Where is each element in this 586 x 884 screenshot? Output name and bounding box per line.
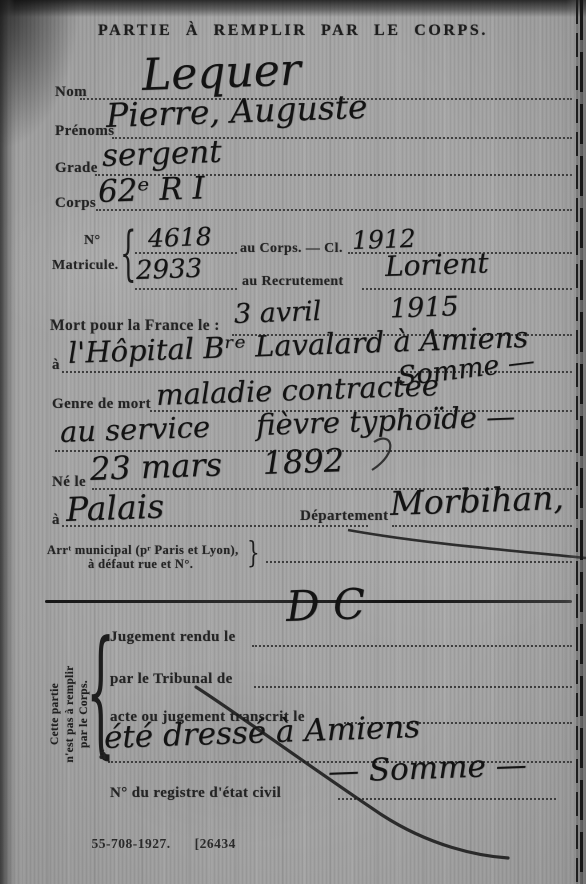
matricule-recrutement-rule (135, 288, 237, 290)
mort-lieu-label: à (52, 357, 60, 374)
side-note-line2: n'est pas à remplir (63, 628, 78, 800)
corps-rule (96, 209, 572, 211)
corps-label: Corps (55, 195, 96, 212)
date-flourish-stroke (372, 439, 390, 470)
form-title: PARTIE À REMPLIR PAR LE CORPS. (0, 22, 586, 40)
au-recrutement-label: au Recrutement (242, 274, 344, 290)
page-edge-line-inner (580, 0, 583, 884)
departement-rule (392, 525, 572, 527)
matricule-label-top: N° (84, 233, 101, 249)
side-note-line1: Cette partie (48, 628, 63, 800)
departement-value: Morbihan, (389, 478, 564, 523)
jugement-rule (252, 645, 572, 647)
prenoms-value: Pierre, Auguste (105, 87, 368, 135)
arrondissement-rule (266, 561, 572, 563)
grade-value: sergent (101, 134, 222, 174)
jugement-value: D C (285, 579, 366, 631)
military-death-record-scan: PARTIE À REMPLIR PAR LE CORPS. Nom Leque… (0, 0, 586, 884)
recrutement-place-value: Lorient (384, 246, 489, 283)
au-corps-label: au Corps. — Cl. (240, 241, 343, 257)
page-edge-line-outer (576, 0, 578, 884)
ne-lieu-label: à (52, 512, 60, 529)
arrondissement-label2: à défaut rue et N°. (88, 557, 193, 572)
registre-value: — Somme — (327, 747, 527, 790)
genre-mort-label: Genre de mort (52, 396, 151, 413)
scan-edge-right (566, 0, 586, 884)
matricule-recrutement-number: 2933 (135, 254, 202, 286)
footer-imprint: 55-708-1927.[26434 (76, 820, 236, 868)
recrutement-place-rule (362, 288, 572, 290)
departement-label: Département (300, 508, 389, 525)
registre-rule (338, 798, 556, 800)
ne-lieu-value: Palais (65, 487, 164, 529)
grade-label: Grade (55, 160, 98, 177)
morbihan-flourish-stroke (348, 530, 586, 558)
registre-label: N° du registre d'état civil (110, 785, 281, 802)
imprint-number: 55-708-1927. (92, 836, 171, 851)
arrondissement-label1: Arrᵗ municipal (pʳ Paris et Lyon), (47, 543, 239, 558)
scan-edge-top (0, 0, 586, 17)
arrondissement-brace: } (247, 537, 260, 567)
jugement-label: Jugement rendu le (110, 629, 236, 646)
matricule-label-bottom: Matricule. (52, 258, 119, 274)
tribunal-rule (254, 686, 572, 688)
tribunal-label: par le Tribunal de (110, 671, 233, 688)
matricule-brace: { (120, 226, 137, 285)
matricule-corps-number: 4618 (147, 222, 212, 253)
corps-value: 62ᵉ R I (97, 170, 205, 210)
imprint-serial: [26434 (195, 836, 236, 851)
ne-le-value: 23 mars 1892 (89, 441, 344, 488)
scan-edge-left (0, 0, 15, 884)
